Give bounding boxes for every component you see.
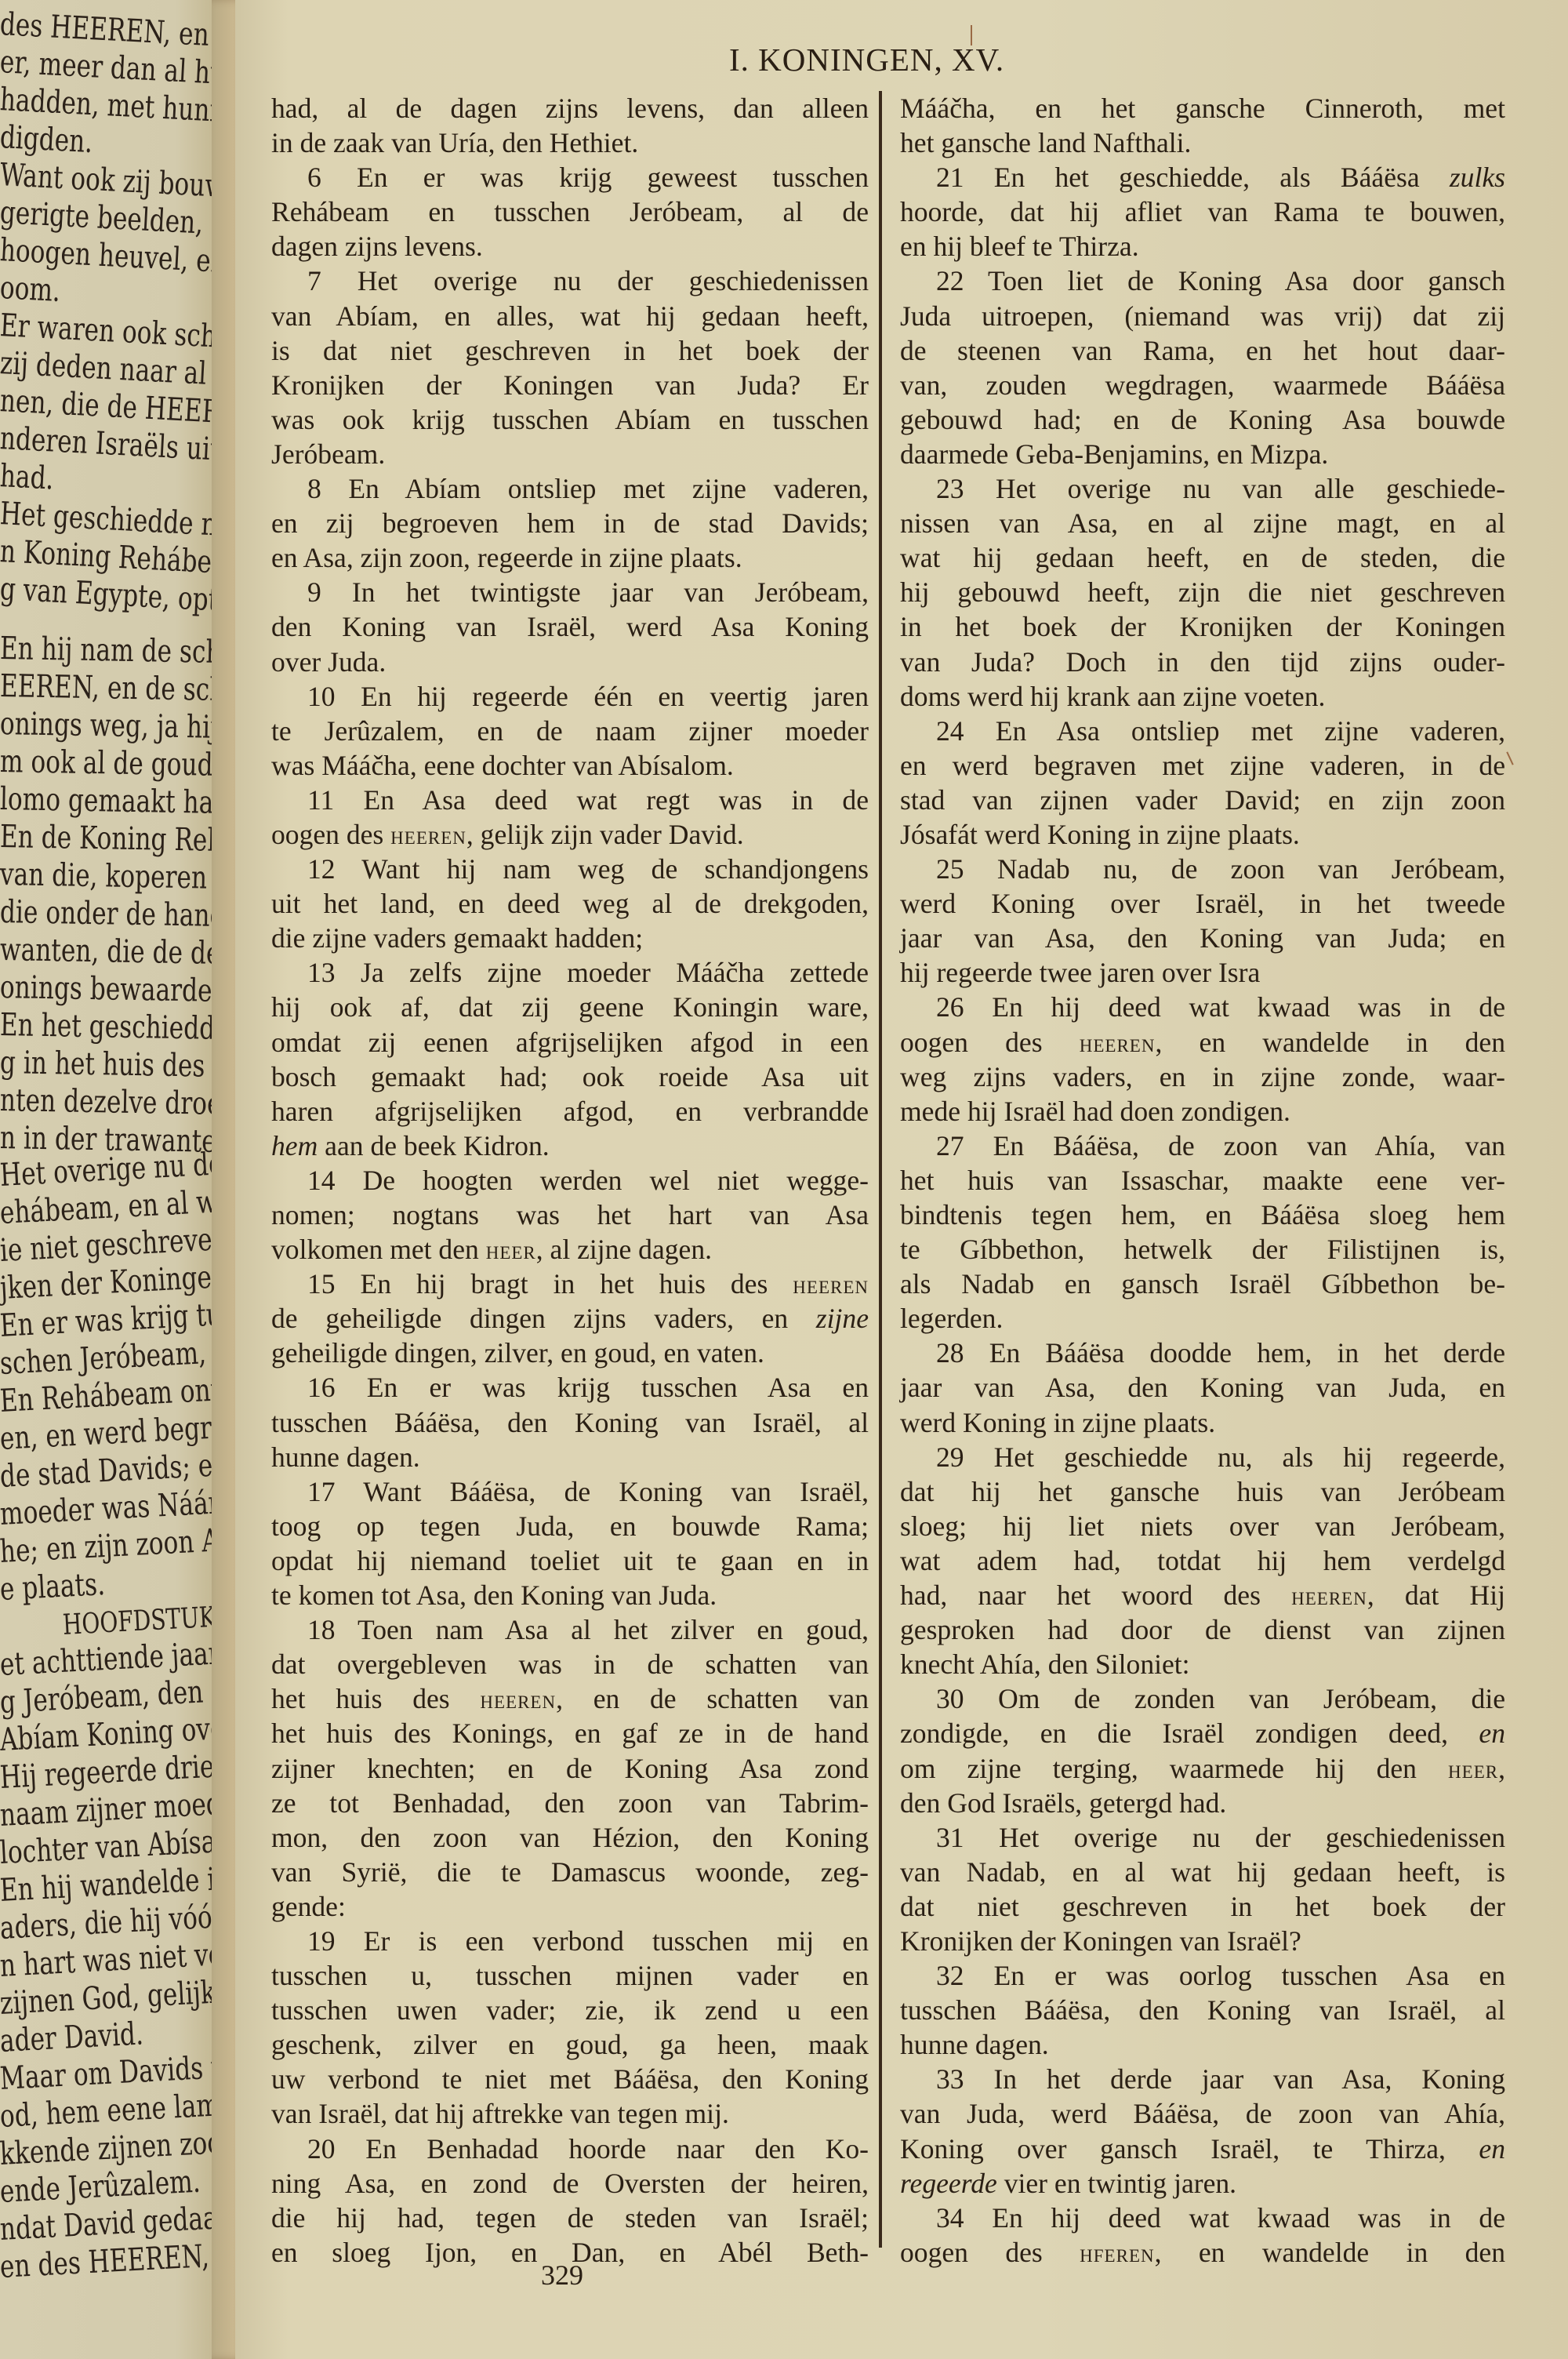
- text-line: en hij bleef te Thirza.: [900, 229, 1505, 264]
- text-line: werd Koning over Israël, in het tweede: [900, 886, 1505, 921]
- text-line: doms werd hij krank aan zijne voeten.: [900, 679, 1505, 714]
- text-line: hij ook af, dat zij geene Koningin ware,: [271, 990, 869, 1024]
- page-number: 329: [541, 2259, 583, 2292]
- text-line: wat hij gedaan heeft, en de steden, die: [900, 540, 1505, 575]
- text-line: 12 Want hij nam weg de schandjongens: [271, 852, 869, 886]
- text-line: 10 En hij regeerde één en veertig jaren: [271, 679, 869, 714]
- text-line: Koning over gansch Israël, te Thirza, en: [900, 2132, 1505, 2166]
- text-line: geheiligde dingen, zilver, en goud, en v…: [271, 1336, 869, 1370]
- text-line: tusschen Bááësa, den Koning van Israël, …: [900, 1993, 1505, 2027]
- text-line: die zijne vaders gemaakt hadden;: [271, 921, 869, 955]
- text-line: geschenk, zilver en goud, ga heen, maak: [271, 2027, 869, 2062]
- text-line: in het boek der Kronijken der Koningen: [900, 609, 1505, 644]
- text-line: 9 In het twintigste jaar van Jeróbeam,: [271, 575, 869, 609]
- text-line: gesproken had door de dienst van zijnen: [900, 1612, 1505, 1647]
- text-line: ze tot Benhadad, den zoon van Tabrim-: [271, 1786, 869, 1820]
- text-line: 6 En er was krijg geweest tusschen: [271, 160, 869, 194]
- text-line: 30 Om de zonden van Jeróbeam, die: [900, 1681, 1505, 1716]
- text-line: dat overgebleven was in de schatten van: [271, 1647, 869, 1681]
- previous-page-line: lomo gemaakt had.: [0, 781, 220, 821]
- text-line: de geheiligde dingen zijns vaders, en zi…: [271, 1301, 869, 1336]
- running-head: I. KONINGEN, XV.: [729, 41, 1004, 78]
- previous-page-line: had.: [0, 458, 55, 497]
- text-line: knecht Ahía, den Siloniet:: [900, 1647, 1505, 1681]
- text-line: bosch gemaakt had; ook roeide Asa uit: [271, 1060, 869, 1094]
- text-line: den God Israëls, getergd had.: [900, 1786, 1505, 1820]
- text-line: van Nadab, en al wat hij gedaan heeft, i…: [900, 1855, 1505, 1889]
- text-line: hem aan de beek Kidron.: [271, 1129, 869, 1163]
- right-text-column: Mááčha, en het gansche Cinneroth, methet…: [900, 91, 1505, 2270]
- text-line: gende:: [271, 1889, 869, 1924]
- text-line: die hij had, tegen de steden van Israël;: [271, 2201, 869, 2235]
- text-line: werd Koning in zijne plaats.: [900, 1405, 1505, 1440]
- text-line: mon, den zoon van Hézion, den Koning: [271, 1820, 869, 1855]
- text-line: het huis van Issaschar, maakte eene ver-: [900, 1163, 1505, 1198]
- text-line: 20 En Benhadad hoorde naar den Ko-: [271, 2132, 869, 2166]
- text-line: 29 Het geschiedde nu, als hij regeerde,: [900, 1440, 1505, 1474]
- text-line: het gansche land Nafthali.: [900, 125, 1505, 160]
- text-line: wat adem had, totdat hij hem verdelgd: [900, 1543, 1505, 1578]
- previous-page-line: EEREN, en de schatten va: [0, 668, 220, 710]
- text-line: en zij begroeven hem in de stad Davids;: [271, 506, 869, 540]
- text-line: van Abíam, en alles, wat hij gedaan heef…: [271, 299, 869, 333]
- text-line: van Syrië, die te Damascus woonde, zeg-: [271, 1855, 869, 1889]
- text-line: hij regeerde twee jaren over Isra: [900, 955, 1505, 990]
- text-line: in de zaak van Uría, den Hethiet.: [271, 125, 869, 160]
- previous-page-line: m ook al de gouden sch: [0, 743, 220, 785]
- text-line: oogen des heeren, en wandelde in den: [900, 1025, 1505, 1060]
- text-line: jaar van Asa, den Koning van Juda, en: [900, 1370, 1505, 1405]
- text-line: 24 En Asa ontsliep met zijne vaderen,: [900, 714, 1505, 748]
- previous-page-line: g in het huis des HEEREN g: [0, 1045, 220, 1087]
- text-line: had, al de dagen zijns levens, dan allee…: [271, 91, 869, 125]
- previous-page-line: ader David.: [0, 2016, 144, 2059]
- text-line: als Nadab en gansch Israël Gíbbethon be-: [900, 1267, 1505, 1301]
- text-line: daarmede Geba-Benjamins, en Mizpa.: [900, 437, 1505, 471]
- text-line: sloeg; hij liet niets over van Jeróbeam,: [900, 1509, 1505, 1543]
- text-line: was Mááčha, eene dochter van Abísalom.: [271, 748, 869, 783]
- text-line: 13 Ja zelfs zijne moeder Mááčha zettede: [271, 955, 869, 990]
- text-line: 17 Want Bááësa, de Koning van Israël,: [271, 1474, 869, 1509]
- text-line: hij gebouwd heeft, zijn die niet geschre…: [900, 575, 1505, 609]
- text-line: 32 En er was oorlog tusschen Asa en: [900, 1958, 1505, 1993]
- text-line: en werd begraven met zijne vaderen, in d…: [900, 748, 1505, 783]
- paper-blemish: [971, 25, 972, 45]
- text-line: uw verbond te niet met Bááësa, den Konin…: [271, 2062, 869, 2096]
- text-line: Juda uitroepen, (niemand was vrij) dat z…: [900, 299, 1505, 333]
- text-line: van Israël, dat hij aftrekke van tegen m…: [271, 2096, 869, 2131]
- text-line: 16 En er was krijg tusschen Asa en: [271, 1370, 869, 1405]
- text-line: hunne dagen.: [271, 1440, 869, 1474]
- text-line: het huis des Konings, en gaf ze in de ha…: [271, 1716, 869, 1750]
- text-line: van Juda? Doch in den tijd zijns ouder-: [900, 645, 1505, 679]
- text-line: dagen zijns levens.: [271, 229, 869, 264]
- text-line: zondigde, en die Israël zondigen deed, e…: [900, 1716, 1505, 1750]
- previous-page-line: van die, koperen schilde: [0, 856, 220, 898]
- text-line: uit het land, en deed weg al de drekgode…: [271, 886, 869, 921]
- text-line: 21 En het geschiedde, als Bááësa zulks: [900, 160, 1505, 194]
- text-line: over Juda.: [271, 645, 869, 679]
- text-line: tusschen Bááësa, den Koning van Israël, …: [271, 1405, 869, 1440]
- previous-page-line: En de Koning Rehábeam m: [0, 819, 220, 860]
- previous-page-line: wanten, die de deur va: [0, 932, 220, 972]
- text-line: volkomen met den heer, al zijne dagen.: [271, 1232, 869, 1267]
- text-line: hoorde, dat hij afliet van Rama te bouwe…: [900, 194, 1505, 229]
- text-line: zijner knechten; en de Koning Asa zond: [271, 1751, 869, 1786]
- text-line: oogen des hferen, en wandelde in den: [900, 2235, 1505, 2270]
- text-line: hunne dagen.: [900, 2027, 1505, 2062]
- text-line: 33 In het derde jaar van Asa, Koning: [900, 2062, 1505, 2096]
- text-line: te komen tot Asa, den Koning van Juda.: [271, 1578, 869, 1612]
- text-line: het huis des heeren, en de schatten van: [271, 1681, 869, 1716]
- text-line: dat hij het gansche huis van Jeróbeam: [900, 1474, 1505, 1509]
- text-line: gebouwd had; en de Koning Asa bouwde: [900, 402, 1505, 437]
- text-line: nissen van Asa, en al zijne magt, en al: [900, 506, 1505, 540]
- text-line: 7 Het overige nu der geschiedenissen: [271, 264, 869, 298]
- previous-page-line: onings bewaarden.: [0, 969, 220, 1009]
- text-line: oogen des heeren, gelijk zijn vader Davi…: [271, 817, 869, 852]
- previous-page-line: En hij nam de schatten va: [0, 631, 220, 672]
- text-line: had, naar het woord des heeren, dat Hij: [900, 1578, 1505, 1612]
- previous-page-line: onings weg, ja hij nam a: [0, 706, 220, 747]
- text-line: 26 En hij deed wat kwaad was in de: [900, 990, 1505, 1024]
- previous-page-line: oom.: [0, 270, 61, 309]
- text-line: stad van zijnen vader David; en zijn zoo…: [900, 783, 1505, 817]
- text-line: nomen; nogtans was het hart van Asa: [271, 1198, 869, 1232]
- text-line: dat niet geschreven in het boek der: [900, 1889, 1505, 1924]
- previous-page-fragment: des HEEREN, en zij verwer, meer dan al h…: [0, 0, 220, 2359]
- text-line: was ook krijg tusschen Abíam en tusschen: [271, 402, 869, 437]
- previous-page-line: digden.: [0, 119, 93, 160]
- text-line: van, zouden wegdragen, waarmede Bááësa: [900, 368, 1505, 402]
- text-line: Jeróbeam.: [271, 437, 869, 471]
- text-line: mede hij Israël had doen zondigen.: [900, 1094, 1505, 1129]
- text-line: 25 Nadab nu, de zoon van Jeróbeam,: [900, 852, 1505, 886]
- text-line: tusschen uwen vader; zie, ik zend u een: [271, 1993, 869, 2027]
- text-line: om zijne terging, waarmede hij den heer,: [900, 1751, 1505, 1786]
- text-line: en Asa, zijn zoon, regeerde in zijne pla…: [271, 540, 869, 575]
- text-line: 31 Het overige nu der geschiedenissen: [900, 1820, 1505, 1855]
- text-line: is dat niet geschreven in het boek der: [271, 333, 869, 368]
- column-divider: [879, 91, 882, 2248]
- text-line: 28 En Bááësa doodde hem, in het derde: [900, 1336, 1505, 1370]
- previous-page-line: En het geschiedde, zoo w: [0, 1007, 220, 1049]
- text-line: ning Asa, en zond de Oversten der heiren…: [271, 2166, 869, 2201]
- text-line: 15 En hij bragt in het huis des heeren: [271, 1267, 869, 1301]
- previous-page-line: e plaats.: [0, 1566, 106, 1608]
- text-line: Kronijken der Koningen van Juda? Er: [271, 368, 869, 402]
- text-line: te Gíbbethon, hetwelk der Filistijnen is…: [900, 1232, 1505, 1267]
- text-line: 23 Het overige nu van alle geschiede-: [900, 471, 1505, 506]
- text-line: omdat zij eenen afgrijselijken afgod in …: [271, 1025, 869, 1060]
- text-line: tusschen u, tusschen mijnen vader en: [271, 1958, 869, 1993]
- text-line: Jósafát werd Koning in zijne plaats.: [900, 817, 1505, 852]
- text-line: toog op tegen Juda, en bouwde Rama;: [271, 1509, 869, 1543]
- text-line: haren afgrijselijken afgod, en verbrandd…: [271, 1094, 869, 1129]
- text-line: weg zijns vaders, en in zijne zonde, waa…: [900, 1060, 1505, 1094]
- text-line: te Jerûzalem, en de naam zijner moeder: [271, 714, 869, 748]
- text-line: Kronijken der Koningen van Israël?: [900, 1924, 1505, 1958]
- text-line: 14 De hoogten werden wel niet wegge-: [271, 1163, 869, 1198]
- text-line: regeerde vier en twintig jaren.: [900, 2166, 1505, 2201]
- left-text-column: had, al de dagen zijns levens, dan allee…: [271, 91, 869, 2270]
- text-line: de steenen van Rama, en het hout daar-: [900, 333, 1505, 368]
- text-line: den Koning van Israël, werd Asa Koning: [271, 609, 869, 644]
- text-line: 11 En Asa deed wat regt was in de: [271, 783, 869, 817]
- text-line: opdat hij niemand toeliet uit te gaan en…: [271, 1543, 869, 1578]
- text-line: 19 Er is een verbond tusschen mij en: [271, 1924, 869, 1958]
- text-line: legerden.: [900, 1301, 1505, 1336]
- text-line: van Juda, werd Bááësa, de zoon van Ahía,: [900, 2096, 1505, 2131]
- text-line: Mááčha, en het gansche Cinneroth, met: [900, 91, 1505, 125]
- text-line: 8 En Abíam ontsliep met zijne vaderen,: [271, 471, 869, 506]
- text-line: 18 Toen nam Asa al het zilver en goud,: [271, 1612, 869, 1647]
- text-line: jaar van Asa, den Koning van Juda; en: [900, 921, 1505, 955]
- text-line: 27 En Bááësa, de zoon van Ahía, van: [900, 1129, 1505, 1163]
- previous-page-line: HOOFDSTUK XV.: [62, 1599, 220, 1641]
- previous-page-line: die onder de hand van de: [0, 894, 220, 936]
- text-line: bindtenis tegen hem, en Bááësa sloeg hem: [900, 1198, 1505, 1232]
- text-line: Rehábeam en tusschen Jeróbeam, al de: [271, 194, 869, 229]
- previous-page-line: nten dezelve droegen, en d: [0, 1082, 220, 1124]
- text-line: 22 Toen liet de Koning Asa door gansch: [900, 264, 1505, 298]
- text-line: 34 En hij deed wat kwaad was in de: [900, 2201, 1505, 2235]
